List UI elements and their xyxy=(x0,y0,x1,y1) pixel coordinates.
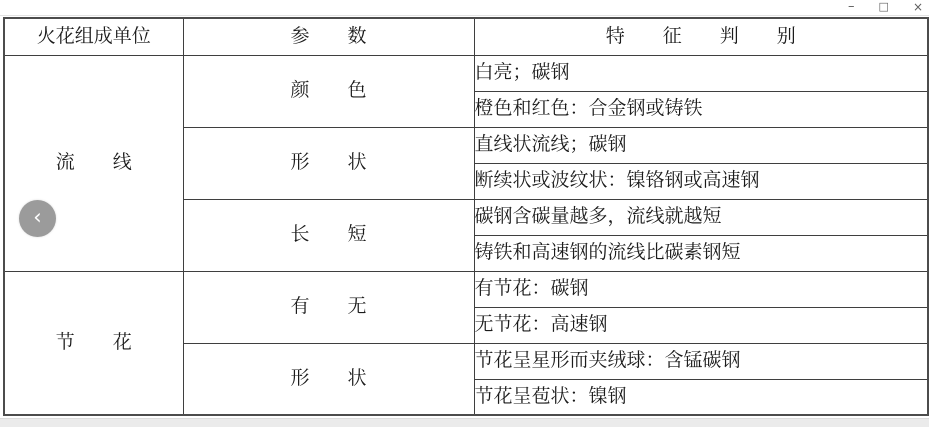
back-button[interactable]: ‹ xyxy=(19,200,56,237)
feature-cell: 碳钢含碳量越多，流线就越短 xyxy=(474,199,928,235)
unit-cell: 流 线 xyxy=(4,55,183,271)
header-param: 参 数 xyxy=(183,18,474,55)
feature-cell: 直线状流线；碳钢 xyxy=(474,127,928,163)
table-row: 节 花 有 无 有节花：碳钢 xyxy=(4,271,928,307)
param-cell: 形 状 xyxy=(183,343,474,415)
table-row: 流 线 颜 色 白亮；碳钢 xyxy=(4,55,928,91)
param-cell: 有 无 xyxy=(183,271,474,343)
spark-table-container: 火花组成单位 参 数 特 征 判 别 流 线 颜 色 白亮；碳钢 橙色和红色：合… xyxy=(3,17,929,416)
feature-cell: 白亮；碳钢 xyxy=(474,55,928,91)
maximize-icon[interactable]: □ xyxy=(879,1,889,13)
param-cell: 形 状 xyxy=(183,127,474,199)
feature-cell: 铸铁和高速钢的流线比碳素钢短 xyxy=(474,235,928,271)
minimize-icon[interactable]: – xyxy=(848,1,855,13)
param-cell: 长 短 xyxy=(183,199,474,271)
feature-cell: 节花呈苞状：镍钢 xyxy=(474,379,928,415)
feature-cell: 断续状或波纹状：镍铬钢或高速钢 xyxy=(474,163,928,199)
feature-cell: 节花呈星形而夹绒球：含锰碳钢 xyxy=(474,343,928,379)
spark-table: 火花组成单位 参 数 特 征 判 别 流 线 颜 色 白亮；碳钢 橙色和红色：合… xyxy=(3,17,929,416)
feature-cell: 橙色和红色：合金钢或铸铁 xyxy=(474,91,928,127)
feature-cell: 有节花：碳钢 xyxy=(474,271,928,307)
chevron-left-icon: ‹ xyxy=(33,207,41,228)
param-cell: 颜 色 xyxy=(183,55,474,127)
table-header-row: 火花组成单位 参 数 特 征 判 别 xyxy=(4,18,928,55)
bottom-strip xyxy=(0,418,929,427)
title-bar xyxy=(0,0,929,16)
header-unit: 火花组成单位 xyxy=(4,18,183,55)
feature-cell: 无节花：高速钢 xyxy=(474,307,928,343)
window-controls: – □ × xyxy=(848,0,923,14)
close-icon[interactable]: × xyxy=(913,1,923,13)
header-feature: 特 征 判 别 xyxy=(474,18,928,55)
app-window: – □ × 火花组成单位 参 数 特 征 判 别 流 线 颜 色 xyxy=(0,0,929,427)
unit-cell: 节 花 xyxy=(4,271,183,415)
